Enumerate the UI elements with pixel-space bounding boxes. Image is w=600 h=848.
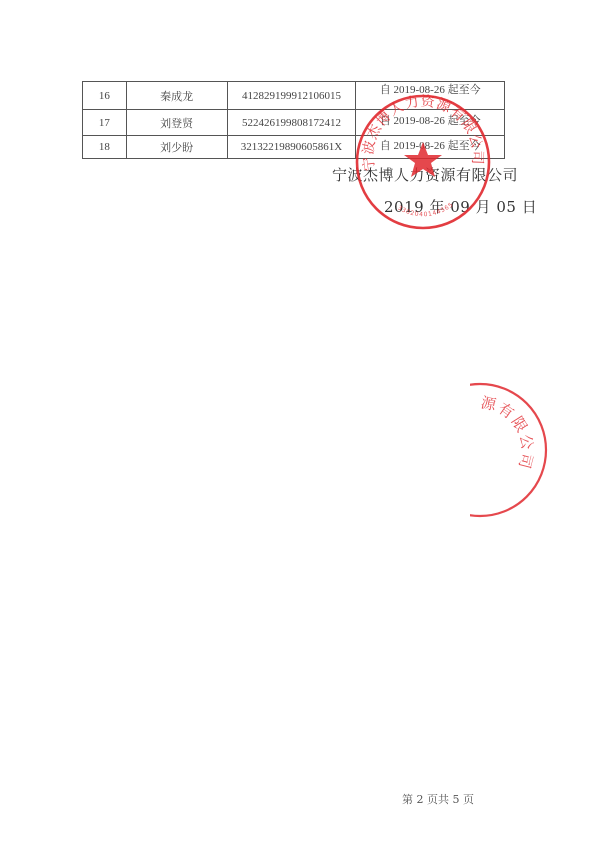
employee-table: 16 秦成龙 412829199912106015 自 2019-08-26 起… [82,81,505,159]
id-number: 522426199808172412 [227,110,356,136]
table-row: 16 秦成龙 412829199912106015 自 2019-08-26 起… [83,82,505,110]
row-number: 17 [83,110,127,136]
table-row: 17 刘登贤 522426199808172412 自 2019-08-26 起… [83,110,505,136]
row-number: 16 [83,82,127,110]
id-number: 32132219890605861X [227,136,356,159]
page-number: 第 2 页共 5 页 [402,791,474,807]
partial-seal-icon: 源有限公司 [410,380,550,520]
table-row: 18 刘少盼 32132219890605861X 自 2019-08-26 起… [83,136,505,159]
id-number: 412829199912106015 [227,82,356,110]
employee-name: 秦成龙 [126,82,227,110]
employment-period: 自 2019-08-26 起至今 [356,110,505,136]
row-number: 18 [83,136,127,159]
signatory-company: 宁波杰博人力资源有限公司 [332,164,518,185]
signature-date: 2019 年 09 月 05 日 [384,196,537,217]
employment-period-text: 自 2019-08-26 起至今 [380,140,481,152]
employment-period-text: 自 2019-08-26 起至今 [380,84,481,96]
employment-period: 自 2019-08-26 起至今 [356,82,505,110]
svg-text:源有限公司: 源有限公司 [479,393,536,472]
employee-name: 刘登贤 [126,110,227,136]
employee-name: 刘少盼 [126,136,227,159]
seal-partial-text: 源有限公司 [479,393,536,472]
employment-period-text: 自 2019-08-26 起至今 [380,115,481,127]
employment-period: 自 2019-08-26 起至今 [356,136,505,159]
document-page: 16 秦成龙 412829199912106015 自 2019-08-26 起… [0,0,600,848]
